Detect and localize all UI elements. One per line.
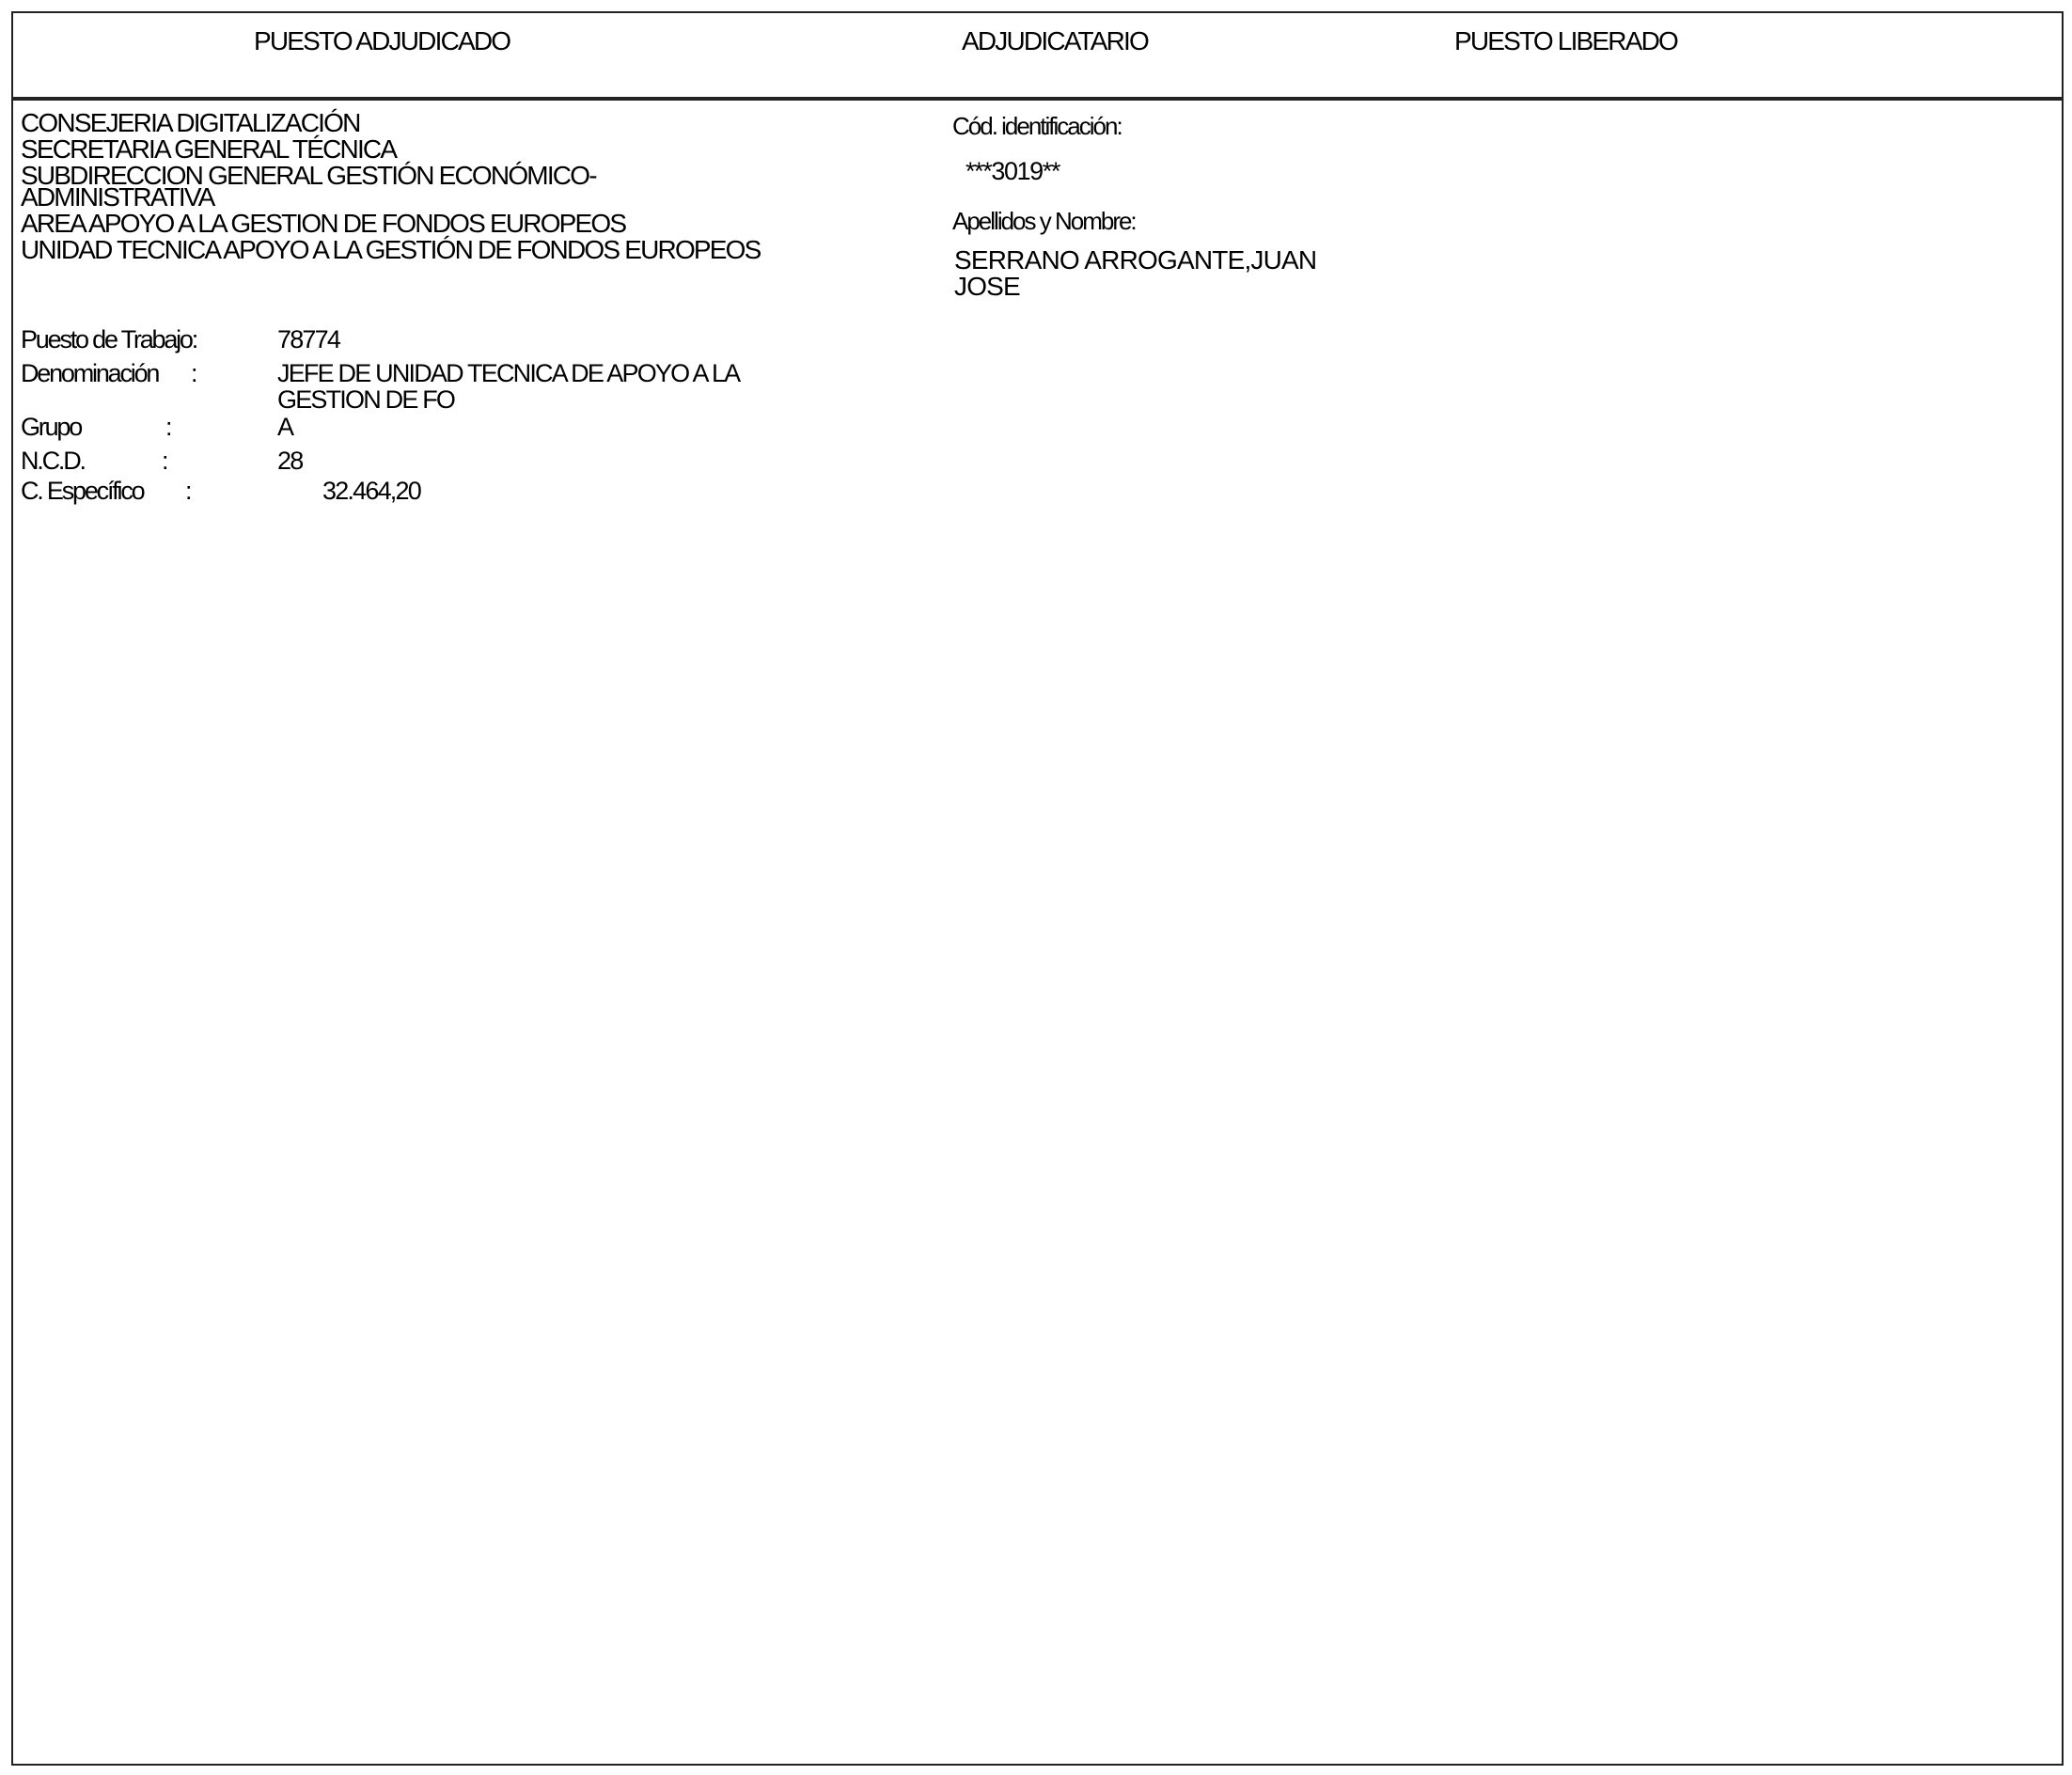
apellidos-nombre-value-line2: JOSE [954, 274, 1020, 300]
denominacion-label: Denominación [21, 360, 158, 386]
grupo-value: A [277, 414, 292, 440]
c-especifico-label: C. Específico [21, 478, 143, 504]
org-line-unidad: UNIDAD TECNICA APOYO A LA GESTIÓN DE FON… [21, 237, 761, 263]
c-especifico-value: 32.464,20 [322, 478, 420, 504]
puesto-liberado-details [1448, 103, 2049, 479]
ncd-value: 28 [277, 448, 302, 474]
cod-identificacion-value: ***3019** [965, 158, 1060, 184]
c-especifico-colon: : [185, 478, 191, 504]
org-line-subdireccion-cont: ADMINISTRATIVA [21, 184, 214, 211]
denominacion-value-line2: GESTION DE FO [277, 386, 454, 413]
org-line-consejeria: CONSEJERIA DIGITALIZACIÓN [21, 110, 360, 136]
puesto-trabajo-label: Puesto de Trabajo: [21, 326, 196, 353]
ncd-colon: : [162, 448, 167, 474]
column-header-adjudicatario: ADJUDICATARIO [962, 28, 1148, 55]
denominacion-value-line1: JEFE DE UNIDAD TECNICA DE APOYO A LA [277, 360, 739, 386]
ncd-label: N.C.D. [21, 448, 85, 474]
grupo-colon: : [165, 414, 171, 440]
puesto-trabajo-value: 78774 [277, 326, 339, 353]
apellidos-nombre-label: Apellidos y Nombre: [952, 208, 1136, 234]
cod-identificacion-label: Cód. identificación: [952, 113, 1122, 139]
grupo-label: Grupo [21, 414, 81, 440]
apellidos-nombre-value-line1: SERRANO ARROGANTE,JUAN [954, 247, 1316, 274]
column-header-puesto-adjudicado: PUESTO ADJUDICADO [254, 28, 510, 55]
org-line-area: AREA APOYO A LA GESTION DE FONDOS EUROPE… [21, 211, 625, 237]
org-line-secretaria: SECRETARIA GENERAL TÉCNICA [21, 136, 396, 163]
denominacion-colon: : [191, 360, 196, 386]
column-header-puesto-liberado: PUESTO LIBERADO [1454, 28, 1677, 55]
